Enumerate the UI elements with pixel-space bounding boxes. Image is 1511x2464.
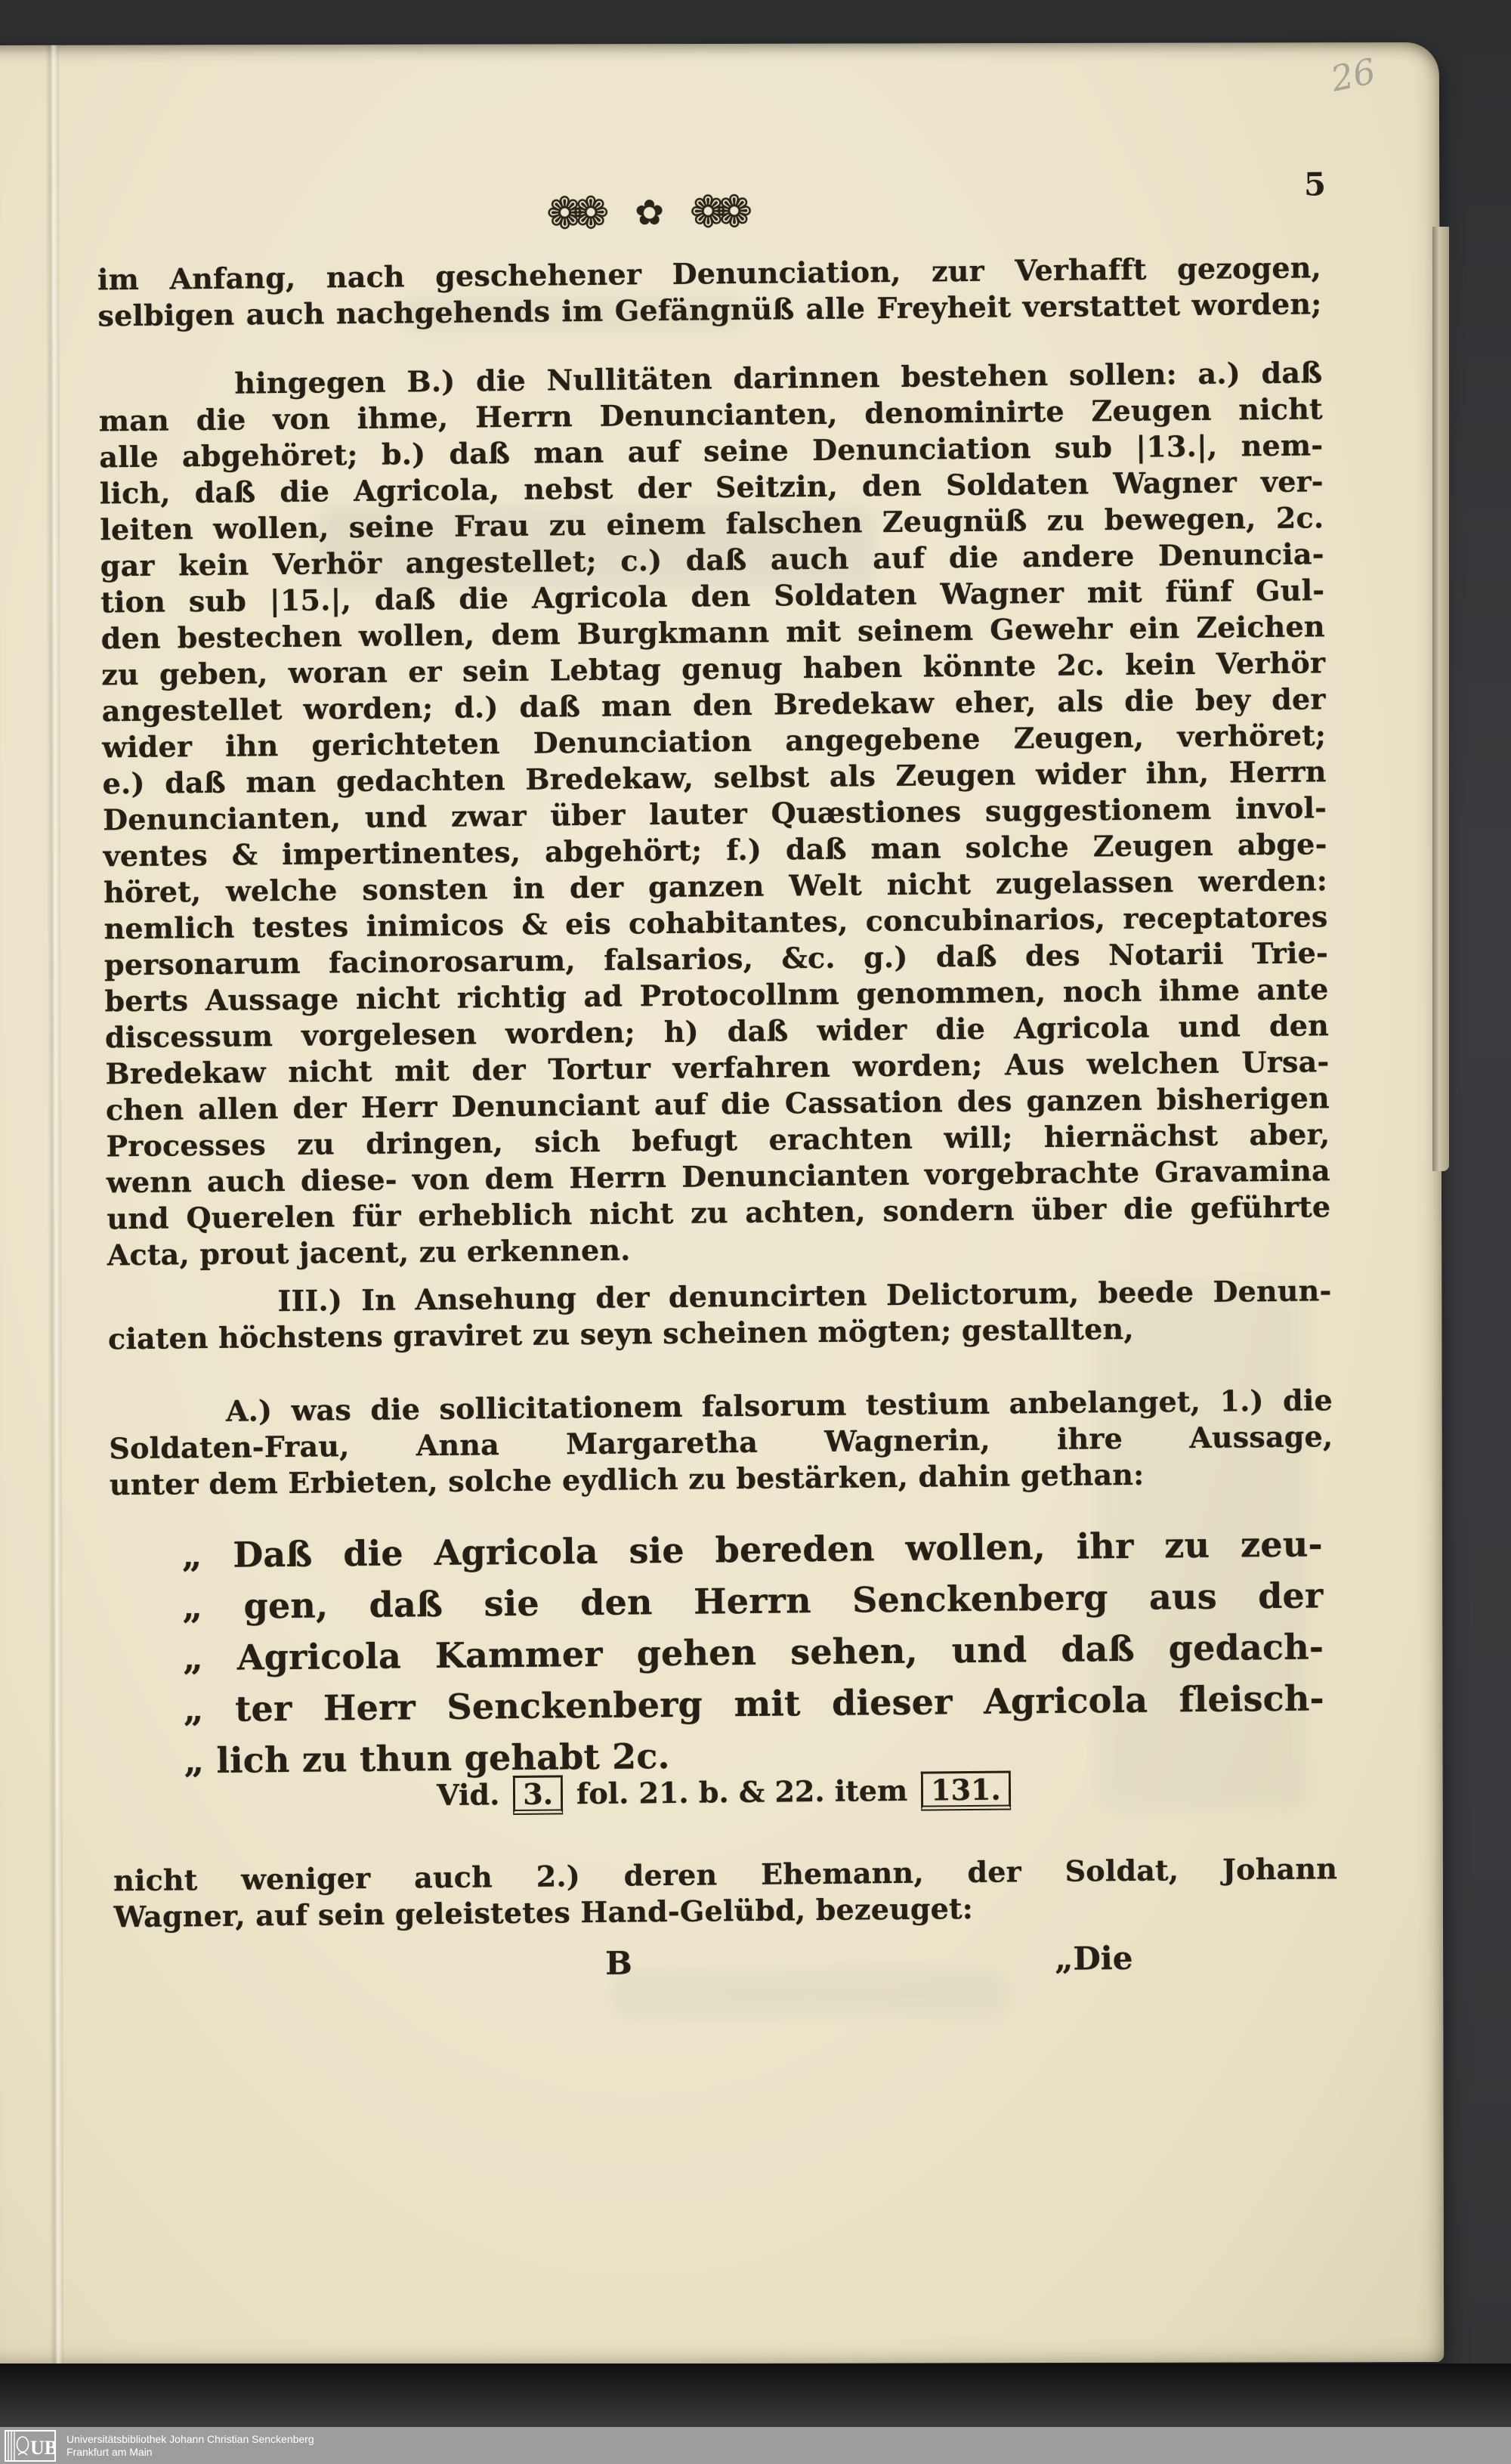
paragraph-witness-2: nicht weniger auch 2.) deren Ehemann, de… <box>113 1850 1338 1935</box>
library-city: Frankfurt am Main <box>66 2446 314 2459</box>
fleuron-single-icon: ✿ <box>635 192 664 233</box>
ub-logo-text: UB <box>30 2437 56 2459</box>
page-text-layer: ❁❁ ✿ ❁❁ 5 im Anfang, nach geschehener De… <box>0 31 1454 2365</box>
quotation-block: „ Daß die Agricola sie bereden wollen, i… <box>181 1518 1324 1786</box>
fleuron-double-icon: ❁❁ <box>546 187 610 240</box>
fleuron-double-icon: ❁❁ <box>690 186 753 238</box>
ub-logo: UB <box>5 2430 56 2462</box>
library-name: Universitätsbibliothek Johann Christian … <box>66 2433 314 2446</box>
paragraph-nullities: hingegen B.) die Nullitäten darinnen bes… <box>98 354 1331 1273</box>
reference-prefix: Vid. <box>437 1777 500 1812</box>
library-footer: UB Universitätsbibliothek Johann Christi… <box>0 2427 1511 2464</box>
page-stack-edge <box>1432 227 1449 1171</box>
paragraph-continuation: im Anfang, nach geschehener Denunciation… <box>97 249 1322 334</box>
page-number: 5 <box>1304 165 1327 202</box>
signature-mark: B <box>605 1944 632 1981</box>
header-ornament: ❁❁ ✿ ❁❁ <box>546 186 753 240</box>
exhibit-ref: 131. <box>921 1770 1011 1810</box>
book-edge-shadow <box>0 2364 1511 2428</box>
paragraph-section-a: A.) was die sollicitationem falsorum tes… <box>109 1382 1333 1503</box>
reference-middle: fol. 21. b. & 22. item <box>576 1773 908 1810</box>
exhibit-ref: 3. <box>513 1775 563 1815</box>
library-attribution: Universitätsbibliothek Johann Christian … <box>66 2433 314 2459</box>
catchword: „Die <box>1055 1940 1133 1977</box>
signature-line: B „Die <box>114 1937 1339 2002</box>
paragraph-section-iii: III.) In Ansehung der denuncirten Delict… <box>107 1272 1332 1357</box>
book-page: 26 ❁❁ ✿ ❁❁ 5 im Anfang, nach geschehener… <box>0 42 1444 2365</box>
